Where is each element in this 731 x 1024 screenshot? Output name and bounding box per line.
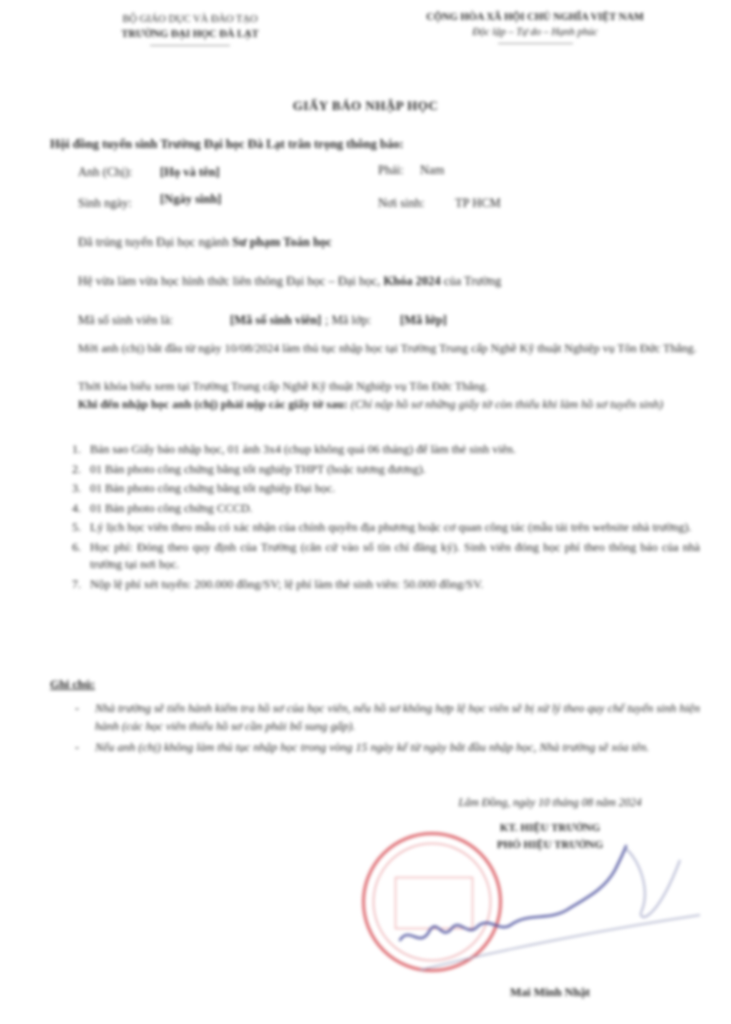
program-line: Hệ vừa làm vừa học hình thức liên thông … xyxy=(78,274,501,289)
requirement-number: 6. xyxy=(72,539,81,557)
instruction-paragraph-2: Thời khóa biểu xem tại Trường Trung cấp … xyxy=(50,378,700,396)
class-code-label: ; Mã lớp: xyxy=(325,313,371,328)
admitted-line: Đã trúng tuyển Đại học ngành Sư phạm Toá… xyxy=(78,235,332,250)
gender-label: Phái: xyxy=(378,163,404,178)
program-suffix: của Trường xyxy=(441,274,502,288)
note-item: -Nếu anh (chị) không làm thủ tục nhập họ… xyxy=(75,739,700,757)
admission-notice-page: BỘ GIÁO DỤC VÀ ĐÀO TẠO TRƯỜNG ĐẠI HỌC ĐÀ… xyxy=(0,0,731,1024)
signature-mark xyxy=(380,830,710,990)
header-rule xyxy=(150,45,230,46)
header-rule xyxy=(498,43,573,44)
requirement-text: Nộp lệ phí xét tuyển: 200.000 đồng/SV; l… xyxy=(90,577,483,591)
requirement-text: 01 Bản photo công chứng bằng tốt nghiệp … xyxy=(90,481,335,495)
requirement-item: 3.01 Bản photo công chứng bằng tốt nghiệ… xyxy=(72,480,700,498)
requirement-item: 7.Nộp lệ phí xét tuyển: 200.000 đồng/SV;… xyxy=(72,576,700,594)
requirements-list: 1.Bản sao Giấy báo nhập học, 01 ảnh 3x4 … xyxy=(72,441,700,595)
requirement-number: 2. xyxy=(72,461,81,479)
dob-label: Sinh ngày: xyxy=(78,196,132,211)
program-cohort: Khóa 2024 xyxy=(383,274,440,288)
ministry-header: BỘ GIÁO DỤC VÀ ĐÀO TẠO TRƯỜNG ĐẠI HỌC ĐÀ… xyxy=(70,12,310,46)
requirement-item: 6.Học phí: Đóng theo quy định của Trường… xyxy=(72,539,700,574)
requirement-number: 1. xyxy=(72,441,81,459)
instruction-paragraph-3: Khi đến nhập học anh (chị) phải nộp các … xyxy=(50,396,700,414)
birthplace-value: TP HCM xyxy=(455,196,501,211)
program-text: Hệ vừa làm vừa học hình thức liên thông … xyxy=(78,274,383,288)
requirement-item: 1.Bản sao Giấy báo nhập học, 01 ảnh 3x4 … xyxy=(72,441,700,459)
requirement-number: 5. xyxy=(72,519,81,537)
name-value: [Họ và tên] xyxy=(160,165,220,180)
national-motto: Độc lập – Tự do – Hạnh phúc xyxy=(365,25,705,40)
gender-value: Nam xyxy=(420,163,444,178)
birthplace-label: Nơi sinh: xyxy=(378,196,425,211)
requirement-item: 2.01 Bản photo công chứng bằng tốt nghiệ… xyxy=(72,461,700,479)
document-title: GIẤY BÁO NHẬP HỌC xyxy=(0,98,731,114)
school-name: TRƯỜNG ĐẠI HỌC ĐÀ LẠT xyxy=(70,27,310,42)
requirement-text: 01 Bản photo công chứng bằng tốt nghiệp … xyxy=(90,462,426,476)
note-item: -Nhà trường sẽ tiến hành kiểm tra hồ sơ … xyxy=(75,700,700,735)
instruction-paragraph-1: Mời anh (chị) bắt đầu từ ngày 10/08/2024… xyxy=(50,340,700,358)
requirement-number: 3. xyxy=(72,480,81,498)
bullet-dash-icon: - xyxy=(75,739,79,757)
bullet-dash-icon: - xyxy=(75,700,79,718)
requirement-item: 5.Lý lịch học viên theo mẫu có xác nhận … xyxy=(72,519,700,537)
requirement-text: 01 Bản photo công chứng CCCD. xyxy=(90,501,253,515)
notes-heading: Ghi chú: xyxy=(50,677,95,692)
national-header: CỘNG HÒA XÃ HỘI CHỦ NGHĨA VIỆT NAM Độc l… xyxy=(365,10,705,44)
requirement-number: 7. xyxy=(72,576,81,594)
admitted-major: Sư phạm Toán học xyxy=(232,235,332,249)
note-text: Nhà trường sẽ tiến hành kiểm tra hồ sơ c… xyxy=(95,701,700,733)
issue-date: Lâm Đồng, ngày 10 tháng 08 năm 2024 xyxy=(400,797,700,809)
notes-list: -Nhà trường sẽ tiến hành kiểm tra hồ sơ … xyxy=(75,700,700,761)
student-id-value: [Mã số sinh viên] xyxy=(230,313,321,328)
signer-name: Mai Minh Nhật xyxy=(470,985,630,1000)
dob-value: [Ngày sinh] xyxy=(160,192,221,207)
nation-name: CỘNG HÒA XÃ HỘI CHỦ NGHĨA VIỆT NAM xyxy=(365,10,705,25)
student-id-label: Mã số sinh viên là: xyxy=(78,313,173,328)
intro-line: Hội đồng tuyển sinh Trường Đại học Đà Lạ… xyxy=(50,137,404,152)
requirement-text: Học phí: Đóng theo quy định của Trường (… xyxy=(90,540,700,572)
note-text: Nếu anh (chị) không làm thủ tục nhập học… xyxy=(95,740,649,754)
requirement-item: 4.01 Bản photo công chứng CCCD. xyxy=(72,500,700,518)
requirement-text: Bản sao Giấy báo nhập học, 01 ảnh 3x4 (c… xyxy=(90,442,516,456)
name-label: Anh (Chị): xyxy=(78,165,133,180)
admitted-text: Đã trúng tuyển Đại học ngành xyxy=(78,235,232,249)
requirement-number: 4. xyxy=(72,500,81,518)
ministry-name: BỘ GIÁO DỤC VÀ ĐÀO TẠO xyxy=(70,12,310,27)
requirement-text: Lý lịch học viên theo mẫu có xác nhận củ… xyxy=(90,520,692,534)
class-code-value: [Mã lớp] xyxy=(400,313,447,328)
